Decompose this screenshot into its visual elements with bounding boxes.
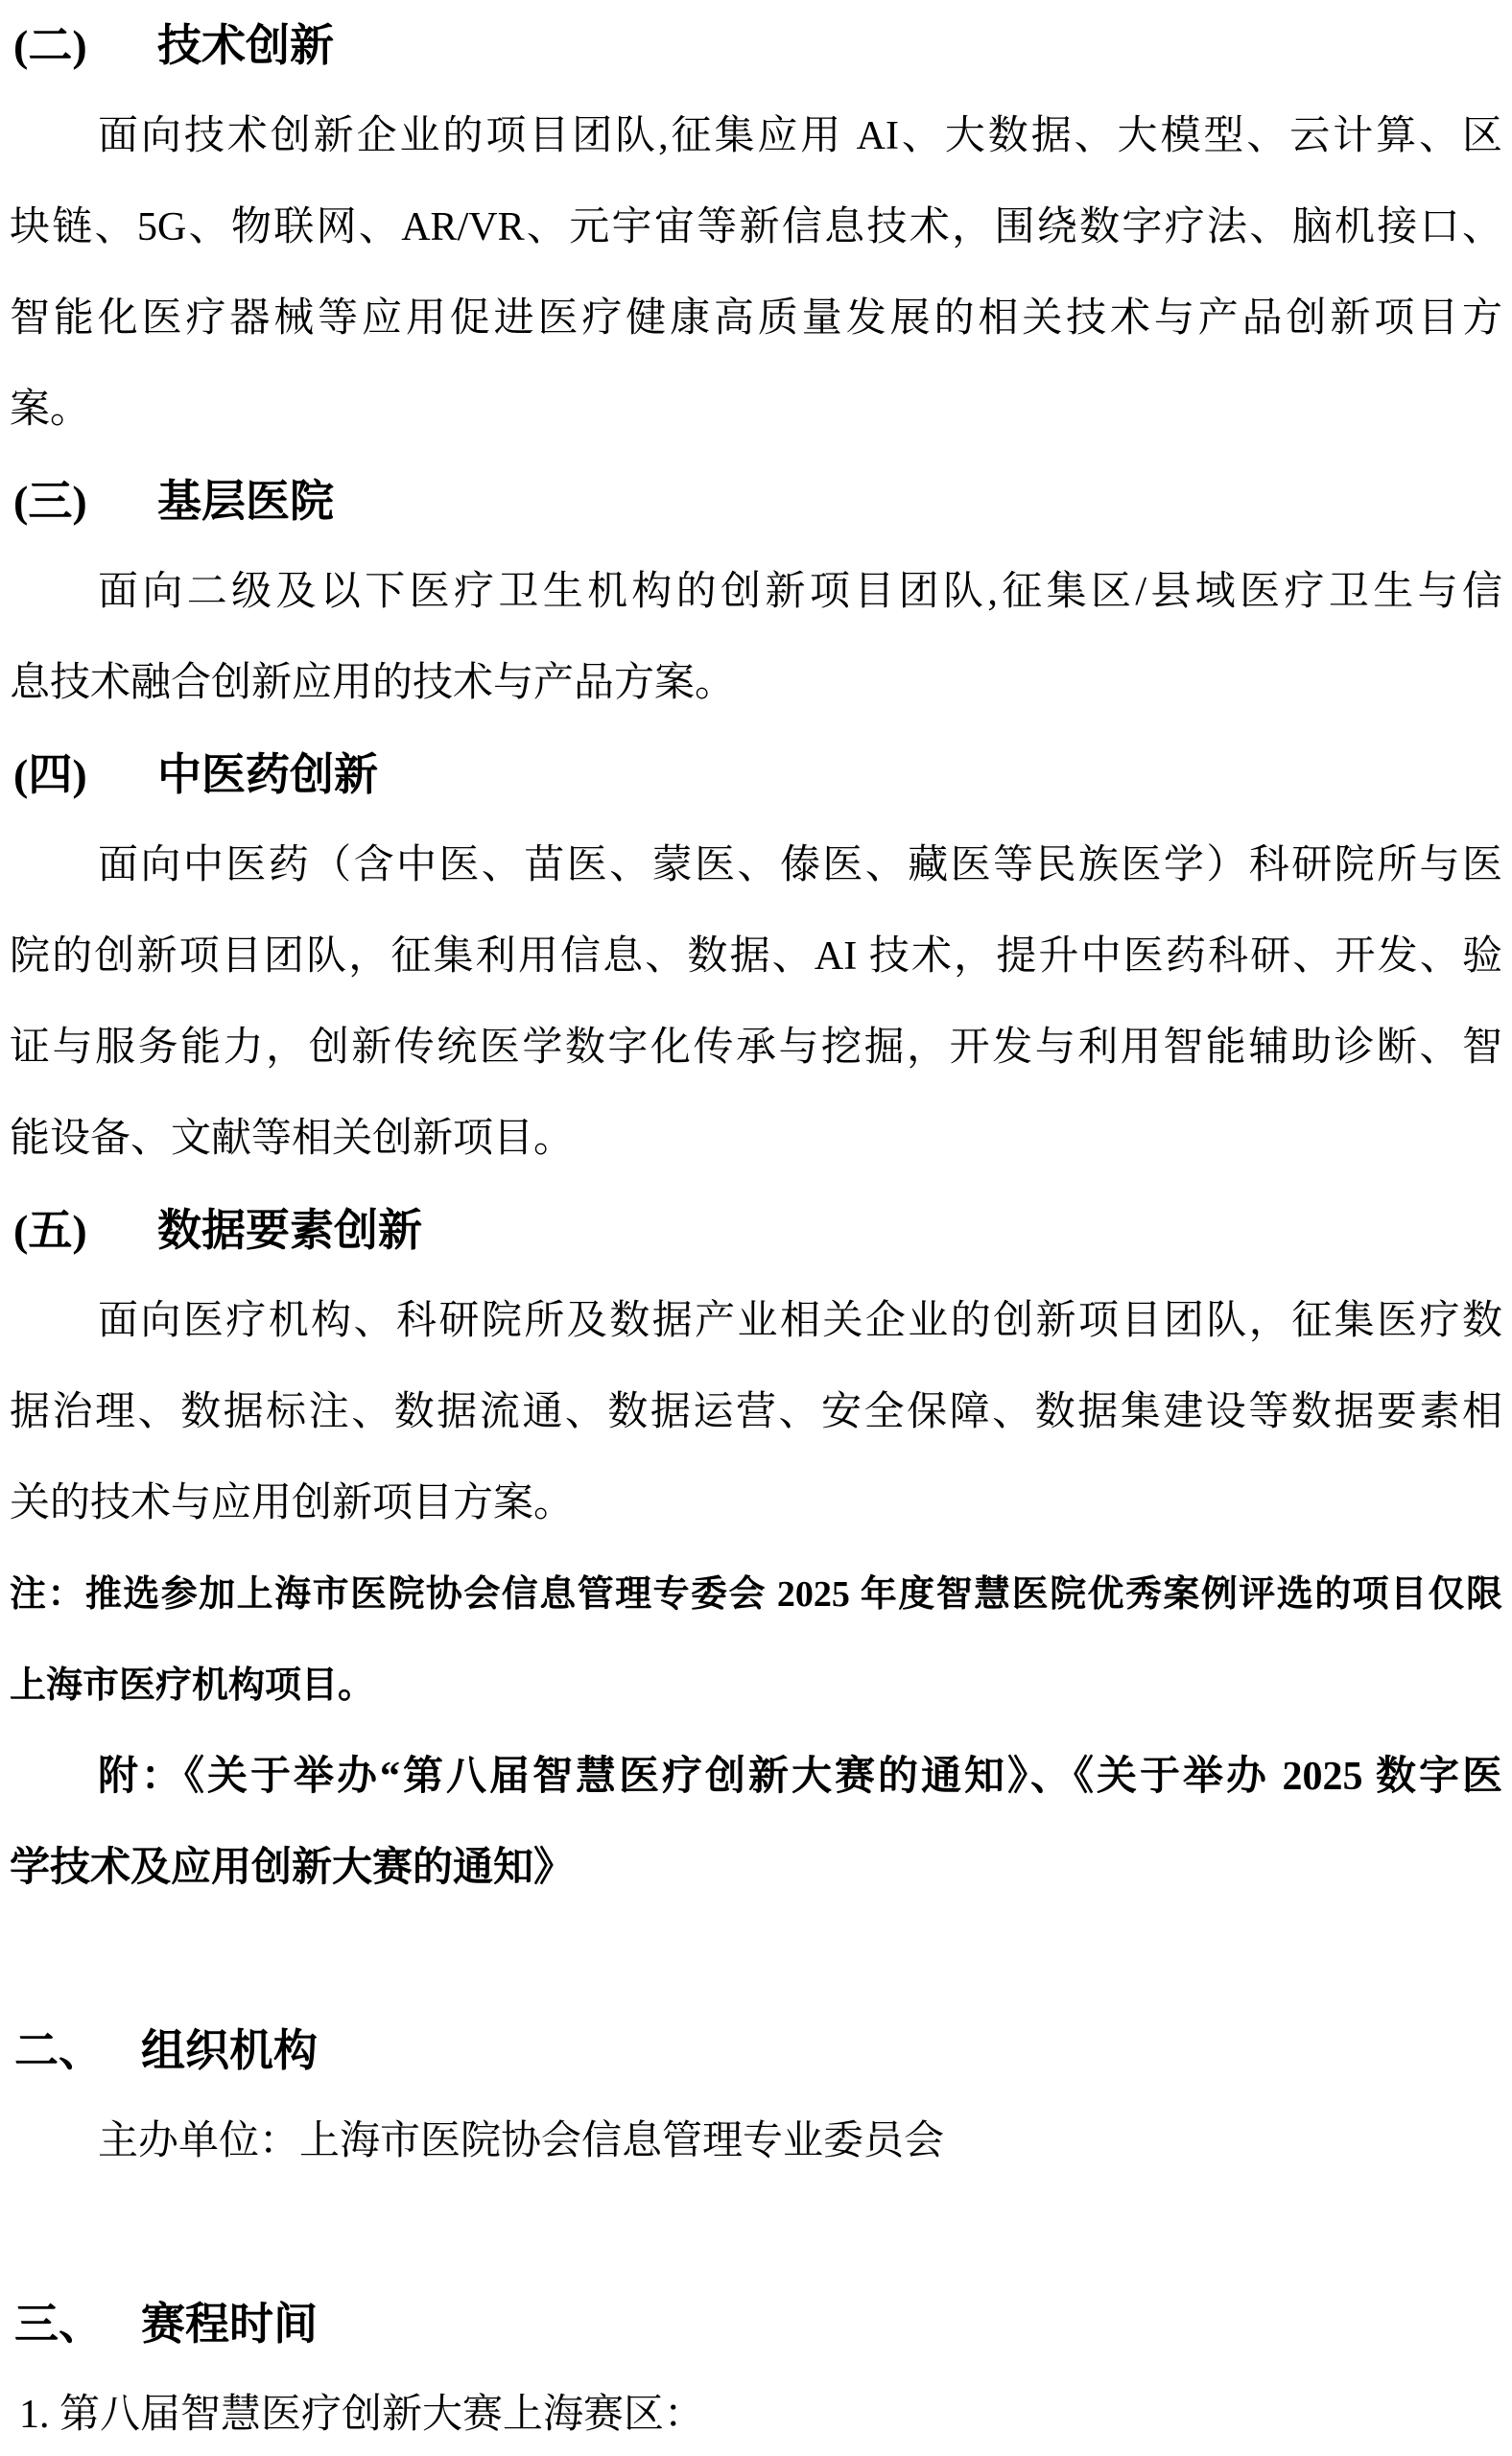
note-line: 上海市医疗机构项目。 — [0, 1641, 1512, 1732]
document-page: (二)技术创新面向技术创新企业的项目团队,征集应用 AI、大数据、大模型、云计算… — [0, 0, 1512, 2456]
heading-label: (四) — [13, 729, 157, 820]
body-line: 院的创新项目团队，征集利用信息、数据、AI 技术，提升中医药科研、开发、验 — [0, 911, 1512, 1003]
heading-label: (三) — [13, 456, 157, 547]
body-line: 据治理、数据标注、数据流通、数据运营、安全保障、数据集建设等数据要素相 — [0, 1367, 1512, 1458]
heading-label: (二) — [13, 0, 157, 91]
attachment-line: 学技术及应用创新大赛的通知》 — [0, 1823, 1512, 1914]
section-heading: 三、赛程时间 — [0, 2279, 1512, 2370]
heading-title: 数据要素创新 — [157, 1206, 422, 1255]
heading-title: 赛程时间 — [141, 2300, 318, 2349]
section-heading: 二、组织机构 — [0, 2005, 1512, 2096]
heading-title: 基层医院 — [157, 477, 334, 526]
note-line: 注：推选参加上海市医院协会信息管理专委会 2025 年度智慧医院优秀案例评选的项… — [0, 1549, 1512, 1641]
body-line: 智能化医疗器械等应用促进医疗健康高质量发展的相关技术与产品创新项目方 — [0, 273, 1512, 365]
section-heading: (五)数据要素创新 — [0, 1185, 1512, 1276]
body-line: 面向二级及以下医疗卫生机构的创新项目团队,征集区/县域医疗卫生与信 — [0, 547, 1512, 638]
body-line: 证与服务能力，创新传统医学数字化传承与挖掘，开发与利用智能辅助诊断、智 — [0, 1003, 1512, 1094]
body-line: 面向中医药（含中医、苗医、蒙医、傣医、藏医等民族医学）科研院所与医 — [0, 820, 1512, 911]
section-heading: (四)中医药创新 — [0, 729, 1512, 820]
section-heading: (二)技术创新 — [0, 0, 1512, 91]
body-line: 息技术融合创新应用的技术与产品方案。 — [0, 638, 1512, 729]
body-line: 关的技术与应用创新项目方案。 — [0, 1458, 1512, 1549]
heading-title: 技术创新 — [157, 21, 334, 70]
body-line: 主办单位：上海市医院协会信息管理专业委员会 — [0, 2096, 1512, 2187]
spacer — [0, 1914, 1512, 2005]
section-heading: (三)基层医院 — [0, 456, 1512, 547]
heading-title: 组织机构 — [141, 2026, 318, 2075]
body-line: 能设备、文献等相关创新项目。 — [0, 1094, 1512, 1185]
heading-title: 中医药创新 — [157, 750, 378, 799]
body-line: 面向医疗机构、科研院所及数据产业相关企业的创新项目团队，征集医疗数 — [0, 1276, 1512, 1367]
body-line: 案。 — [0, 365, 1512, 456]
list-line: 1. 第八届智慧医疗创新大赛上海赛区： — [0, 2370, 1512, 2456]
body-line: 块链、5G、物联网、AR/VR、元宇宙等新信息技术，围绕数字疗法、脑机接口、 — [0, 182, 1512, 273]
spacer — [0, 2187, 1512, 2279]
heading-label: (五) — [13, 1185, 157, 1276]
attachment-line: 附：《关于举办“第八届智慧医疗创新大赛的通知》、《关于举办 2025 数字医 — [0, 1732, 1512, 1823]
body-line: 面向技术创新企业的项目团队,征集应用 AI、大数据、大模型、云计算、区 — [0, 91, 1512, 182]
heading-label: 三、 — [14, 2279, 141, 2370]
heading-label: 二、 — [14, 2005, 141, 2096]
